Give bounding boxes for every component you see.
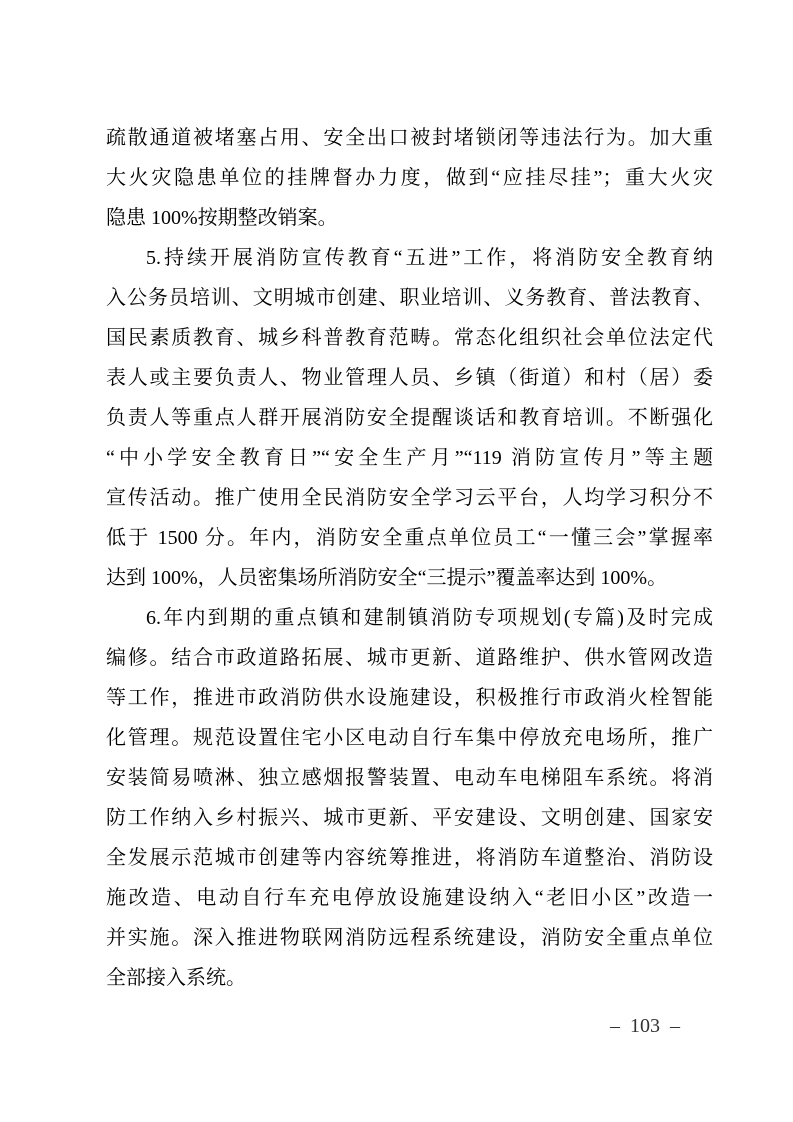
text-line: 编修。结合市政道路拓展、城市更新、道路维护、供水管网改造: [106, 638, 713, 678]
text-line: 达到 100%，人员密集场所消防安全“三提示”覆盖率达到 100%。: [106, 558, 713, 598]
page-number: – 103 –: [610, 1012, 680, 1040]
text-line: 化管理。规范设置住宅小区电动自行车集中停放充电场所，推广: [106, 718, 713, 758]
text-line: 国民素质教育、城乡科普教育范畴。常态化组织社会单位法定代: [106, 318, 713, 358]
document-page: 疏散通道被堵塞占用、安全出口被封堵锁闭等违法行为。加大重大火灾隐患单位的挂牌督办…: [0, 0, 793, 1122]
text-line: 隐患 100%按期整改销案。: [106, 198, 713, 238]
text-line: 宣传活动。推广使用全民消防安全学习云平台，人均学习积分不: [106, 478, 713, 518]
text-line: 并实施。深入推进物联网消防远程系统建设，消防安全重点单位: [106, 918, 713, 958]
text-line: 负责人等重点人群开展消防安全提醒谈话和教育培训。不断强化: [106, 398, 713, 438]
text-line: 全发展示范城市创建等内容统筹推进，将消防车道整治、消防设: [106, 838, 713, 878]
text-line: 5.持续开展消防宣传教育“五进”工作，将消防安全教育纳: [106, 238, 713, 278]
text-line: 施改造、电动自行车充电停放设施建设纳入“老旧小区”改造一: [106, 878, 713, 918]
text-line: 低于 1500 分。年内，消防安全重点单位员工“一懂三会”掌握率: [106, 518, 713, 558]
text-line: 大火灾隐患单位的挂牌督办力度，做到“应挂尽挂”；重大火灾: [106, 158, 713, 198]
text-line: 入公务员培训、文明城市创建、职业培训、义务教育、普法教育、: [106, 278, 713, 318]
text-line: 防工作纳入乡村振兴、城市更新、平安建设、文明创建、国家安: [106, 798, 713, 838]
paragraph: 疏散通道被堵塞占用、安全出口被封堵锁闭等违法行为。加大重大火灾隐患单位的挂牌督办…: [106, 118, 713, 238]
text-line: 6.年内到期的重点镇和建制镇消防专项规划(专篇)及时完成: [106, 598, 713, 638]
paragraph: 5.持续开展消防宣传教育“五进”工作，将消防安全教育纳入公务员培训、文明城市创建…: [106, 238, 713, 598]
paragraph: 6.年内到期的重点镇和建制镇消防专项规划(专篇)及时完成编修。结合市政道路拓展、…: [106, 598, 713, 998]
text-line: “中小学安全教育日”“安全生产月”“119 消防宣传月”等主题: [106, 438, 713, 478]
document-body: 疏散通道被堵塞占用、安全出口被封堵锁闭等违法行为。加大重大火灾隐患单位的挂牌督办…: [106, 118, 713, 998]
text-line: 等工作，推进市政消防供水设施建设，积极推行市政消火栓智能: [106, 678, 713, 718]
text-line: 表人或主要负责人、物业管理人员、乡镇（街道）和村（居）委: [106, 358, 713, 398]
text-line: 全部接入系统。: [106, 958, 713, 998]
text-line: 安装简易喷淋、独立感烟报警装置、电动车电梯阻车系统。将消: [106, 758, 713, 798]
text-line: 疏散通道被堵塞占用、安全出口被封堵锁闭等违法行为。加大重: [106, 118, 713, 158]
